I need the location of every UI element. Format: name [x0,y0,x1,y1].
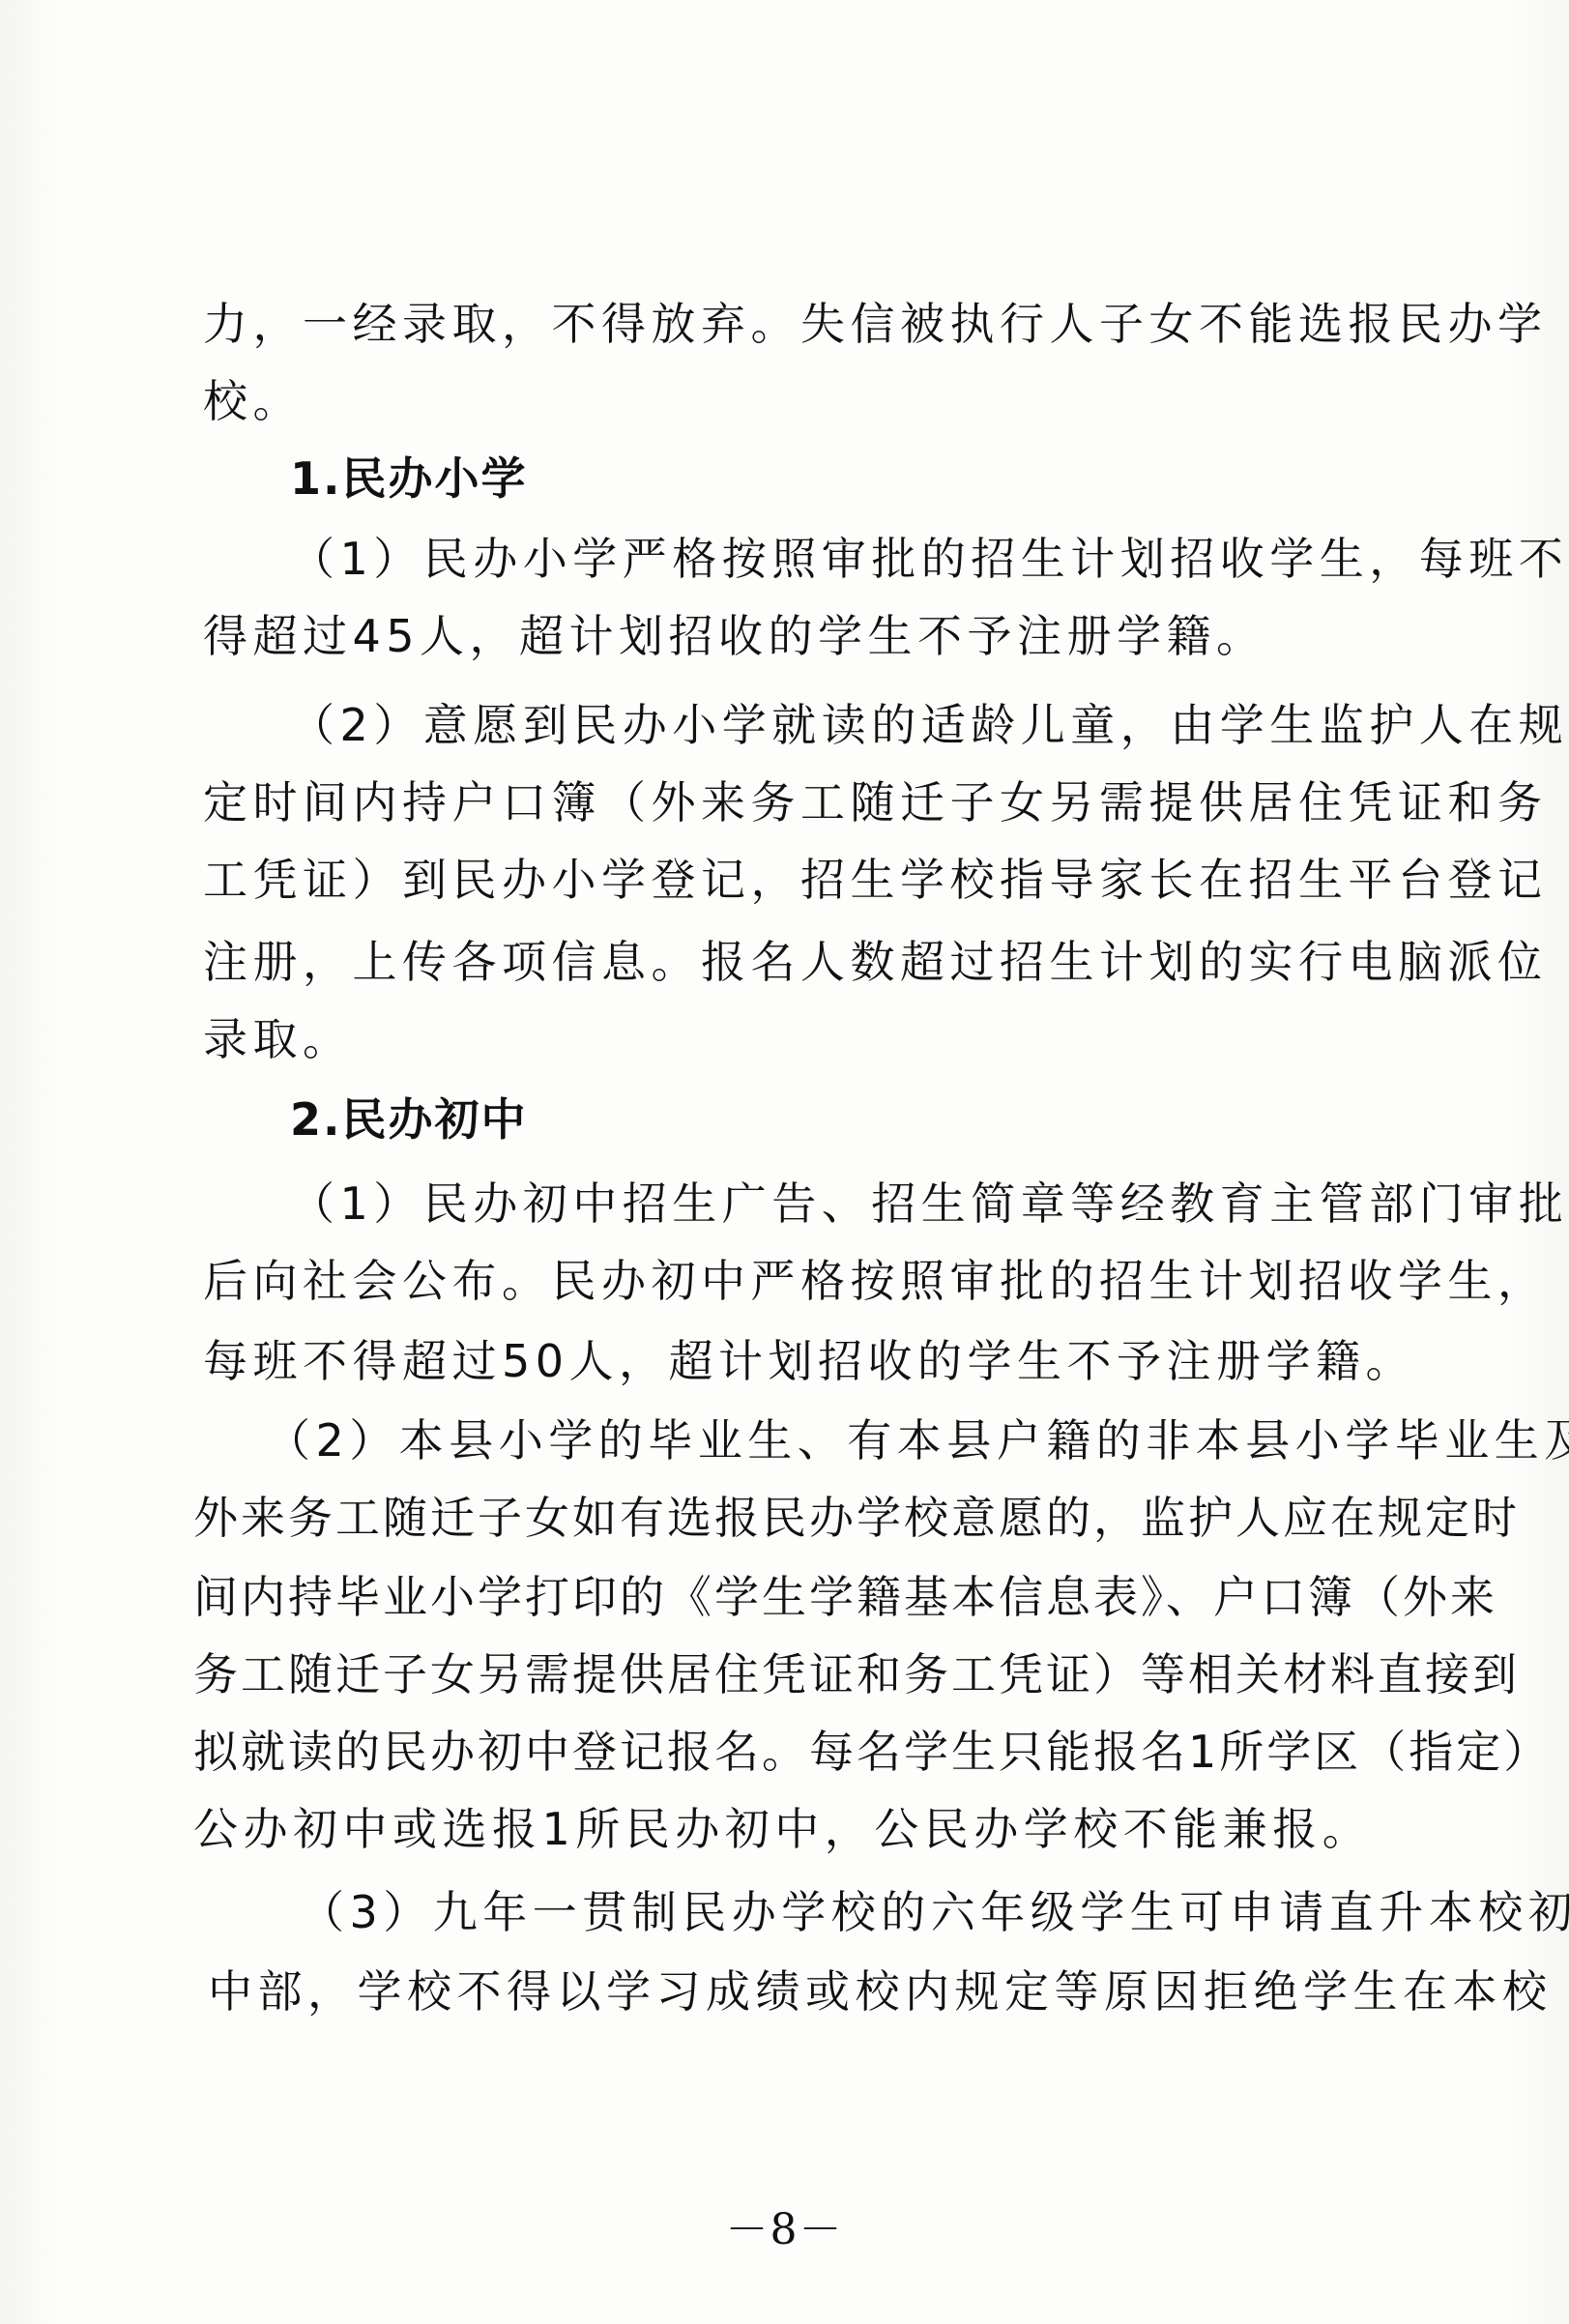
paragraph-line: （1）民办小学严格按照审批的招生计划招收学生，每班不 [290,530,1402,588]
paragraph-line: 注册，上传各项信息。报名人数超过招生计划的实行电脑派位 [203,933,1402,991]
paragraph-line: 工凭证）到民办小学登记，招生学校指导家长在招生平台登记 [203,851,1402,909]
paragraph-line: 得超过45人，超计划招收的学生不予注册学籍。 [203,607,1402,665]
section-heading-private-junior: 2.民办初中 [290,1090,527,1148]
paragraph-line: 每班不得超过50人，超计划招收的学生不予注册学籍。 [203,1332,1402,1390]
section-heading-private-primary: 1.民办小学 [290,450,527,508]
paragraph-line: 后向社会公布。民办初中严格按照审批的招生计划招收学生， [203,1252,1402,1310]
paragraph-line: （1）民办初中招生广告、招生简章等经教育主管部门审批 [290,1175,1402,1233]
paragraph-line: 公办初中或选报1所民办初中，公民办学校不能兼报。 [193,1800,1402,1858]
document-page: 力，一经录取，不得放弃。失信被执行人子女不能选报民办学 校。 1.民办小学 （1… [0,0,1569,2324]
paragraph-line: （2）本县小学的毕业生、有本县户籍的非本县小学毕业生及 [266,1411,1402,1469]
paragraph-line: 中部，学校不得以学习成绩或校内规定等原因拒绝学生在本校 [208,1962,1402,2020]
page-number: －8－ [0,2194,1569,2256]
paragraph-line: 定时间内持户口簿（外来务工随迁子女另需提供居住凭证和务 [203,773,1402,831]
paragraph-line: 录取。 [203,1010,1402,1068]
paragraph-line: 拟就读的民办初中登记报名。每名学生只能报名1所学区（指定） [193,1723,1402,1781]
paragraph-line: （3）九年一贯制民办学校的六年级学生可申请直升本校初 [300,1883,1402,1941]
paragraph-line: 务工随迁子女另需提供居住凭证和务工凭证）等相关材料直接到 [193,1645,1402,1703]
paragraph-line: 力，一经录取，不得放弃。失信被执行人子女不能选报民办学 [203,295,1402,353]
paragraph-line: （2）意愿到民办小学就读的适龄儿童，由学生监护人在规 [290,696,1402,754]
paragraph-line: 外来务工随迁子女如有选报民办学校意愿的，监护人应在规定时 [193,1489,1402,1547]
paragraph-line: 间内持毕业小学打印的《学生学籍基本信息表》、户口簿（外来 [193,1568,1402,1626]
paragraph-line: 校。 [203,372,1402,430]
